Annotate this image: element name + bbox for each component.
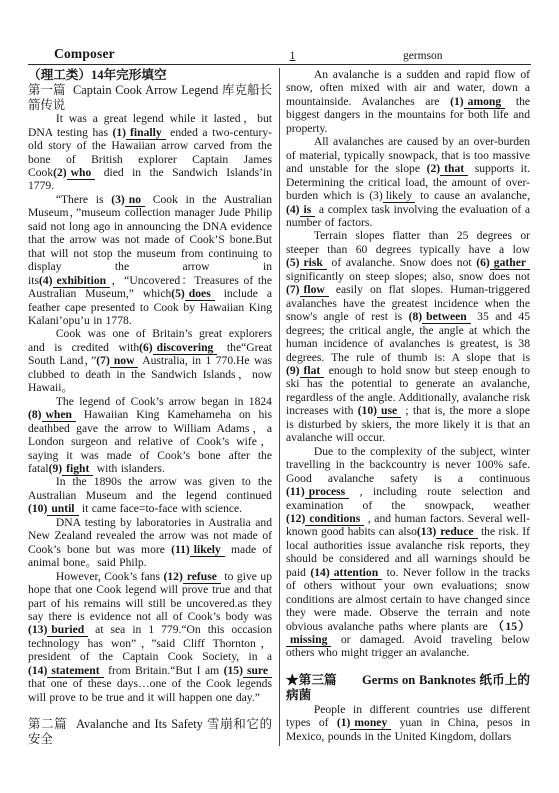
blank-number: (6) xyxy=(476,256,490,269)
text-run: However, Cook’s fans xyxy=(56,570,164,583)
blank-answer: missing xyxy=(286,633,331,647)
text-run: to cause an avalanche, xyxy=(415,189,533,202)
text-run: Cook in the Australian Museum，”museum co… xyxy=(28,193,275,287)
blank-answer: is xyxy=(300,203,316,217)
blank-number: (5) xyxy=(171,287,185,300)
text-run: ★第三篇 Germs on Banknotes 纸币上的病菌 xyxy=(286,673,530,702)
blank-number: (2) xyxy=(427,162,441,175)
text-run: of avalanche. Snow does not xyxy=(327,256,476,269)
blank-number: (12) xyxy=(286,512,305,525)
blank-answer: money xyxy=(350,716,391,730)
blank-number: (12) xyxy=(163,570,182,583)
blank-answer: fight xyxy=(62,462,93,476)
text-run: 第二篇 Avalanche and Its Safety 雪崩和它的安全 xyxy=(28,717,272,746)
passage-heading: 第一篇 Captain Cook Arrow Legend 库克船长箭传说 xyxy=(28,83,272,112)
text-run: (3) xyxy=(369,189,383,202)
text-run: “There is xyxy=(56,193,111,206)
paragraph: DNA testing by laboratories in Australia… xyxy=(28,516,272,570)
blank-answer: conditions xyxy=(305,512,364,526)
blank-answer: refuse xyxy=(183,570,221,584)
text-run: Due to the complexity of the subject, wi… xyxy=(286,445,533,485)
blank-number: (7) xyxy=(286,283,300,296)
blank-number: (14) xyxy=(28,664,47,677)
section-title: （理工类）14年完形填空 xyxy=(28,68,272,83)
blank-number: (1) xyxy=(337,716,351,729)
paragraph: Terrain slopes flatter than 25 degrees o… xyxy=(286,229,530,444)
blank-number: (9) xyxy=(286,364,300,377)
blank-number: (13) xyxy=(28,623,47,636)
blank-number: (10) xyxy=(28,502,47,515)
blank-answer: gather xyxy=(490,256,530,270)
blank-answer: no xyxy=(125,193,145,207)
text-run: it came face=to-face with science. xyxy=(79,502,243,515)
text-run: with islanders. xyxy=(93,462,165,475)
paragraph: Due to the complexity of the subject, wi… xyxy=(286,445,530,660)
page-header: Composer 1 germson xyxy=(28,46,531,65)
blank-answer: who xyxy=(67,166,96,180)
blank-number: (2) xyxy=(53,166,67,179)
blank-answer: until xyxy=(47,502,78,516)
blank-number: (4) xyxy=(39,274,53,287)
blank-number: (15) xyxy=(224,664,243,677)
header-username: germson xyxy=(315,50,532,62)
page-number: 1 xyxy=(271,50,315,62)
paragraph: However, Cook’s fans (12)refuse to give … xyxy=(28,570,272,705)
blank-answer: attention xyxy=(330,566,382,580)
blank-number: (11) xyxy=(286,485,305,498)
document-page: Composer 1 germson （理工类）14年完形填空第一篇 Capta… xyxy=(0,0,559,793)
blank-answer: that xyxy=(440,162,468,176)
text-run: from Britain.“But I am xyxy=(104,664,224,677)
blank-answer: flow xyxy=(300,283,329,297)
blank-number: (1) xyxy=(450,95,464,108)
paragraph: Cook was one of Britain’s great explorer… xyxy=(28,327,272,394)
paragraph: In the 1890s the arrow was given to the … xyxy=(28,475,272,515)
blank-number: (11) xyxy=(171,543,190,556)
blank-answer: discovering xyxy=(153,341,218,355)
text-run: 第一篇 Captain Cook Arrow Legend 库克船长箭传说 xyxy=(28,83,272,112)
column-right: An avalanche is a sudden and rapid flow … xyxy=(286,68,530,746)
blank-answer: exhibition xyxy=(53,274,111,288)
blank-number: (5) xyxy=(286,256,300,269)
paragraph: “There is (3)no Cook in the Australian M… xyxy=(28,193,272,328)
paragraph: An avalanche is a sudden and rapid flow … xyxy=(286,68,530,135)
text-run: The legend of Cook’s arrow began in 1824 xyxy=(56,395,276,408)
blank-number: (13) xyxy=(417,525,436,538)
blank-answer: statement xyxy=(47,664,103,678)
blank-number: (8) xyxy=(28,408,42,421)
blank-number: （15） xyxy=(492,620,530,633)
blank-number: (4) xyxy=(286,203,300,216)
passage-heading: ★第三篇 Germs on Banknotes 纸币上的病菌 xyxy=(286,673,530,703)
paragraph: The legend of Cook’s arrow began in 1824… xyxy=(28,395,272,476)
blank-number: (8) xyxy=(409,310,423,323)
paragraph: People in different countries use differ… xyxy=(286,703,530,743)
blank-answer: reduce xyxy=(436,525,477,539)
blank-answer: does xyxy=(185,287,215,301)
blank-answer: finally xyxy=(126,126,166,140)
blank-number: (6) xyxy=(139,341,153,354)
paragraph: All avalanches are caused by an over-bur… xyxy=(286,135,530,229)
spacer xyxy=(28,704,272,717)
column-divider xyxy=(279,68,280,746)
text-run: Terrain slopes flatter than 25 degrees o… xyxy=(286,229,533,255)
blank-number: (14) xyxy=(310,566,329,579)
text-run: In the 1890s the arrow was given to the … xyxy=(28,475,275,501)
blank-answer: risk xyxy=(300,256,327,270)
blank-number: (1) xyxy=(113,126,127,139)
blank-answer: likely xyxy=(190,543,225,557)
blank-answer: flat xyxy=(300,364,325,378)
blank-answer: sure xyxy=(243,664,272,678)
blank-answer: buried xyxy=(47,623,88,637)
text-run: （理工类）14年完形填空 xyxy=(28,68,167,82)
blank-answer: when xyxy=(42,408,76,422)
blank-answer: use xyxy=(377,404,401,418)
blank-answer: process xyxy=(305,485,350,499)
two-column-layout: （理工类）14年完形填空第一篇 Captain Cook Arrow Legen… xyxy=(28,68,531,746)
blank-answer: likely xyxy=(383,189,415,203)
blank-answer: between xyxy=(422,310,471,324)
paragraph: It was a great legend while it lasted，bu… xyxy=(28,112,272,193)
blank-answer: among xyxy=(464,95,506,109)
text-run: a complex task involving the evaluation … xyxy=(286,203,533,229)
blank-answer: now xyxy=(110,354,139,368)
blank-number: (7) xyxy=(96,354,110,367)
passage-heading: 第二篇 Avalanche and Its Safety 雪崩和它的安全 xyxy=(28,717,272,746)
spacer xyxy=(286,660,530,673)
blank-number: (10) xyxy=(358,404,377,417)
header-author: Composer xyxy=(28,46,271,62)
blank-number: (3) xyxy=(111,193,125,206)
column-left: （理工类）14年完形填空第一篇 Captain Cook Arrow Legen… xyxy=(28,68,272,746)
blank-number: (9) xyxy=(49,462,63,475)
